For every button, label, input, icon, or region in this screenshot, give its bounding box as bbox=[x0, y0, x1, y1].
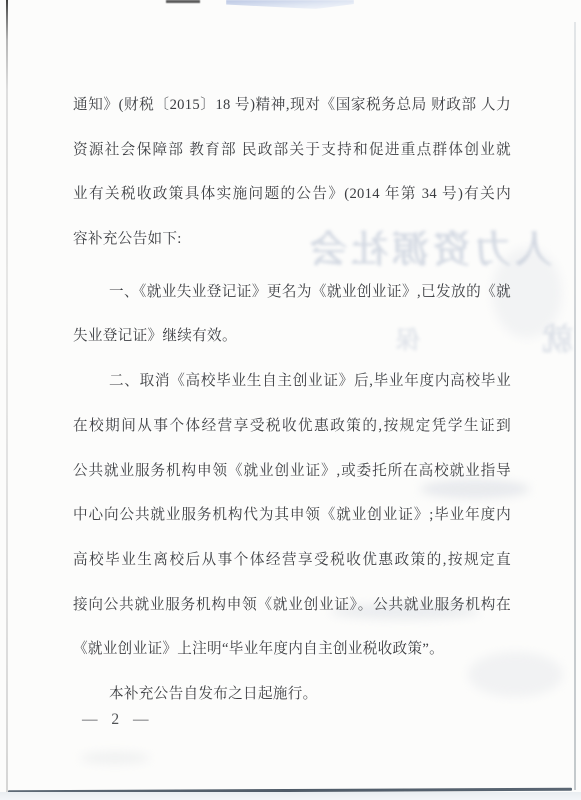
top-paper-corner-artifact bbox=[226, 0, 354, 9]
text-line: 一、《就业失业登记证》更名为《就业创业证》,已发放的《就业 bbox=[73, 270, 511, 315]
scan-smudge bbox=[80, 752, 150, 764]
text-line: 通知》(财税〔2015〕18 号)精神,现对《国家税务总局 财政部 人力 bbox=[73, 83, 511, 128]
text-line: 容补充公告如下: bbox=[73, 217, 511, 262]
text-line: 高校毕业生离校后从事个体经营享受税收优惠政策的,按规定直 bbox=[73, 538, 511, 583]
text-line: 中心向公共就业服务机构代为其申领《就业创业证》;毕业年度内 bbox=[73, 493, 511, 538]
document-body: 通知》(财税〔2015〕18 号)精神,现对《国家税务总局 财政部 人力 资源社… bbox=[73, 83, 511, 717]
text-line: 失业登记证》继续有效。 bbox=[73, 314, 511, 359]
left-scan-edge bbox=[6, 0, 8, 792]
top-scan-mark bbox=[166, 0, 200, 3]
right-scan-edge bbox=[574, 22, 576, 790]
text-line: 业有关税收政策具体实施问题的公告》(2014 年第 34 号)有关内 bbox=[73, 172, 511, 217]
text-line: 二、取消《高校毕业生自主创业证》后,毕业年度内高校毕业生 bbox=[73, 359, 511, 404]
text-line: 接向公共就业服务机构申领《就业创业证》。公共就业服务机构在 bbox=[73, 583, 511, 628]
bottom-scan-band bbox=[0, 792, 581, 800]
scanned-document-page: 人力资源社会 保 就 通知》(财税〔2015〕18 号)精神,现对《国家税务总局… bbox=[0, 0, 581, 800]
bleedthrough-text: 就 bbox=[542, 314, 573, 359]
text-line: 在校期间从事个体经营享受税收优惠政策的,按规定凭学生证到 bbox=[73, 404, 511, 449]
text-line: 公共就业服务机构申领《就业创业证》,或委托所在高校就业指导 bbox=[73, 449, 511, 494]
text-line: 《就业创业证》上注明“毕业年度内自主创业税收政策”。 bbox=[73, 627, 511, 672]
page-number: — 2 — bbox=[82, 708, 154, 732]
text-line: 资源社会保障部 教育部 民政部关于支持和促进重点群体创业就 bbox=[73, 128, 511, 173]
